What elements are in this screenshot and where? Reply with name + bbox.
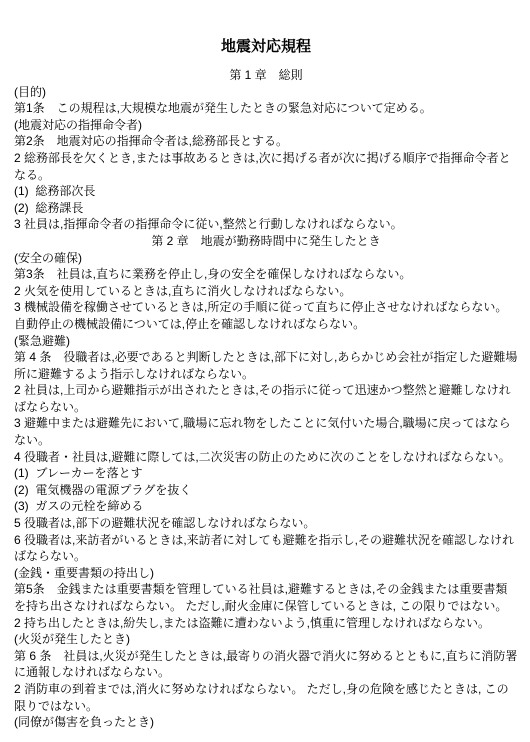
chapter-heading: 第 2 章 地震が勤務時間中に発生したとき (14, 233, 518, 250)
chapter-heading: 第 1 章 総則 (14, 67, 518, 84)
paragraph: 3 避難中または避難先において,職場に忘れ物をしたことに気付いた場合,職場に戻っ… (14, 415, 518, 448)
paragraph: (目的) (14, 84, 518, 101)
paragraph: (3) ガスの元栓を締める (14, 498, 518, 515)
paragraph: (2) 総務課長 (14, 200, 518, 217)
paragraph: 2 総務部長を欠くとき,または事故あるときは,次に掲げる者が次に掲げる順序で指揮… (14, 150, 518, 183)
paragraph: (緊急避難) (14, 333, 518, 350)
paragraph: 第2条 地震対応の指揮命令者は,総務部長とする。 (14, 133, 518, 150)
paragraph: 5 役職者は,部下の避難状況を確認しなければならない。 (14, 515, 518, 532)
paragraph: (同僚が傷害を負ったとき) (14, 714, 518, 731)
paragraph: 2 消防車の到着までは,消火に努めなければならない。 ただし,身の危険を感じたと… (14, 681, 518, 714)
paragraph: 第3条 社員は,直ちに業務を停止し,身の安全を確保しなければならない。 (14, 266, 518, 283)
paragraph: 3 機械設備を稼働させているときは,所定の手順に従って直ちに停止させなければなら… (14, 299, 518, 332)
paragraph: (1) 総務部次長 (14, 183, 518, 200)
paragraph: 2 持ち出したときは,紛失し,または盗難に遭わないよう,慎重に管理しなければなら… (14, 615, 518, 632)
document-body: 第 1 章 総則(目的)第1条 この規程は,大規模な地震が発生したときの緊急対応… (14, 67, 518, 731)
paragraph: 第5条 金銭または重要書類を管理している社員は,避難するときは,その金銭または重… (14, 581, 518, 614)
paragraph: 第1条 この規程は,大規模な地震が発生したときの緊急対応について定める。 (14, 100, 518, 117)
paragraph: 4 役職者・社員は,避難に際しては,二次災害の防止のために次のことをしなければな… (14, 449, 518, 466)
paragraph: 2 社員は,上司から避難指示が出されたときは,その指示に従って迅速かつ整然と避難… (14, 382, 518, 415)
paragraph: (地震対応の指揮命令者) (14, 117, 518, 134)
paragraph: (火災が発生したとき) (14, 631, 518, 648)
paragraph: 第 4 条 役職者は,必要であると判断したときは,部下に対し,あらかじめ会社が指… (14, 349, 518, 382)
paragraph: 3 社員は,指揮命令者の指揮命令に従い,整然と行動しなければならない。 (14, 216, 518, 233)
paragraph: (1) ブレーカーを落とす (14, 465, 518, 482)
paragraph: (金銭・重要書類の持出し) (14, 565, 518, 582)
paragraph: 第 6 条 社員は,火災が発生したときは,最寄りの消火器で消火に努めるとともに,… (14, 648, 518, 681)
paragraph: (安全の確保) (14, 250, 518, 267)
document-page: 地震対応規程 第 1 章 総則(目的)第1条 この規程は,大規模な地震が発生した… (0, 0, 530, 731)
paragraph: 6 役職者は,来訪者がいるときは,来訪者に対しても避難を指示し,その避難状況を確… (14, 532, 518, 565)
paragraph: (2) 電気機器の電源プラグを抜く (14, 482, 518, 499)
document-title: 地震対応規程 (14, 38, 518, 55)
paragraph: 2 火気を使用しているときは,直ちに消火しなければならない。 (14, 283, 518, 300)
